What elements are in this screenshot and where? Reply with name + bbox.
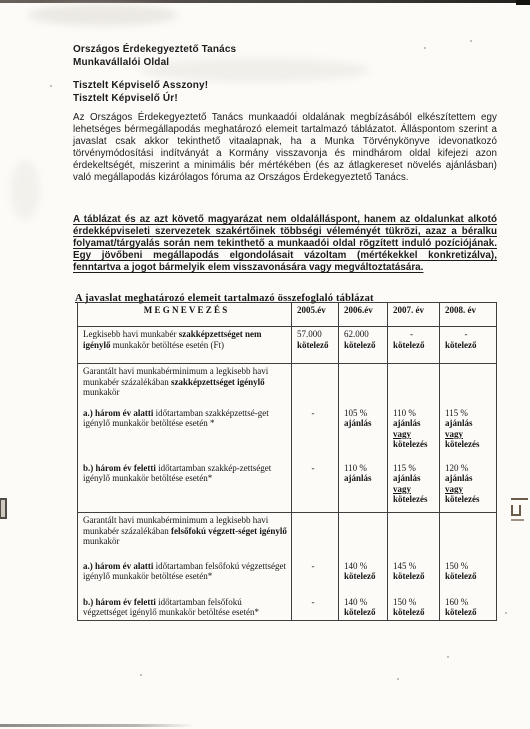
skilled-a-label: a.) három év alatti időtartamban szakkép… [78,406,292,461]
skilled-a-2006: 105 %ajánlás [339,406,388,461]
scan-speck [50,85,52,87]
letterhead: Országos Érdekegyeztető Tanács Munkaváll… [73,44,497,69]
scan-artifact-top-edge [0,0,530,3]
degree-b-2006: 140 %kötelező [339,595,388,621]
skilled-b-2006: 110 %ajánlás [339,461,388,513]
scan-artifact-smudge [28,4,178,26]
col-header-2007: 2007. év [388,303,440,327]
intro-paragraph: Az Országos Érdekegyeztető Tanács munkaa… [73,112,497,184]
scan-speck [505,612,507,614]
degree-b-2005: - [292,595,339,621]
scan-artifact-staple-mark [510,497,530,523]
salutation-line-2: Tisztelt Képviselő Úr! [73,93,497,106]
row-degree-over-3-years: b.) három év feletti időtartamban felsőf… [78,595,497,621]
scanned-letter-page: Országos Érdekegyeztető Tanács Munkaváll… [0,0,530,729]
minwage-label: Legkisebb havi munkabér szakképzettséget… [78,327,292,364]
position-paragraph: A táblázat és az azt követő magyarázat n… [73,214,497,274]
skilled-b-label: b.) három év feletti időtartamban szakké… [78,461,292,513]
row-degree-under-3-years: a.) három év alatti időtartamban felsőfo… [78,559,497,595]
scan-speck [140,674,142,676]
scan-speck [397,678,399,680]
org-unit: Munkavállalói Oldal [73,57,497,70]
degree-section-label: Garantált havi munkabérminimum a legkise… [78,513,292,559]
degree-a-2008: 150 %kötelező [440,559,497,595]
scan-artifact-smudge [10,160,40,220]
scan-artifact-top-right-corner [516,0,530,5]
col-header-2006: 2006.év [339,303,388,327]
minwage-2008: -kötelező [440,327,497,364]
col-header-2005: 2005.év [292,303,339,327]
scan-artifact-bottom-edge [0,724,195,727]
skilled-a-2007: 110 %ajánlásvagykötelezés [388,406,440,461]
row-degree-section-header: Garantált havi munkabérminimum a legkise… [78,513,497,559]
degree-a-label: a.) három év alatti időtartamban felsőfo… [78,559,292,595]
degree-b-2008: 160 %kötelező [440,595,497,621]
col-header-2008: 2008. év [440,303,497,327]
degree-a-2006: 140 %kötelező [339,559,388,595]
table-header-row: M E G N E V E Z É S 2005.év 2006.év 2007… [78,303,497,327]
row-skilled-under-3-years: a.) három év alatti időtartamban szakkép… [78,406,497,461]
row-skilled-over-3-years: b.) három év feletti időtartamban szakké… [78,461,497,513]
degree-a-2005: - [292,559,339,595]
salutation-line-1: Tisztelt Képviselő Asszony! [73,80,497,93]
skilled-a-2008: 115 %ajánlásvagykötelezés [440,406,497,461]
row-minimum-wage: Legkisebb havi munkabér szakképzettséget… [78,327,497,364]
skilled-section-label: Garantált havi munkabérminimum a legkise… [78,364,292,406]
scan-speck [470,40,472,42]
degree-a-2007: 145 %kötelező [388,559,440,595]
minwage-2006: 62.000kötelező [339,327,388,364]
degree-b-label: b.) három év feletti időtartamban felsőf… [78,595,292,621]
skilled-b-2007: 115 %ajánlásvagykötelezés [388,461,440,513]
scan-artifact-left-margin-mark [0,498,7,519]
scan-speck [447,656,449,658]
degree-b-2007: 150 %kötelező [388,595,440,621]
wage-summary-table: M E G N E V E Z É S 2005.év 2006.év 2007… [77,302,497,621]
row-skilled-section-header: Garantált havi munkabérminimum a legkise… [78,364,497,406]
skilled-a-2005: - [292,406,339,461]
minwage-2007: -kötelező [388,327,440,364]
skilled-b-2008: 120 %ajánlásvagykötelezés [440,461,497,513]
org-name: Országos Érdekegyeztető Tanács [73,44,497,57]
salutation: Tisztelt Képviselő Asszony! Tisztelt Kép… [73,80,497,105]
minwage-2005: 57.000kötelező [292,327,339,364]
skilled-b-2005: - [292,461,339,513]
col-header-megnevezes: M E G N E V E Z É S [78,303,292,327]
